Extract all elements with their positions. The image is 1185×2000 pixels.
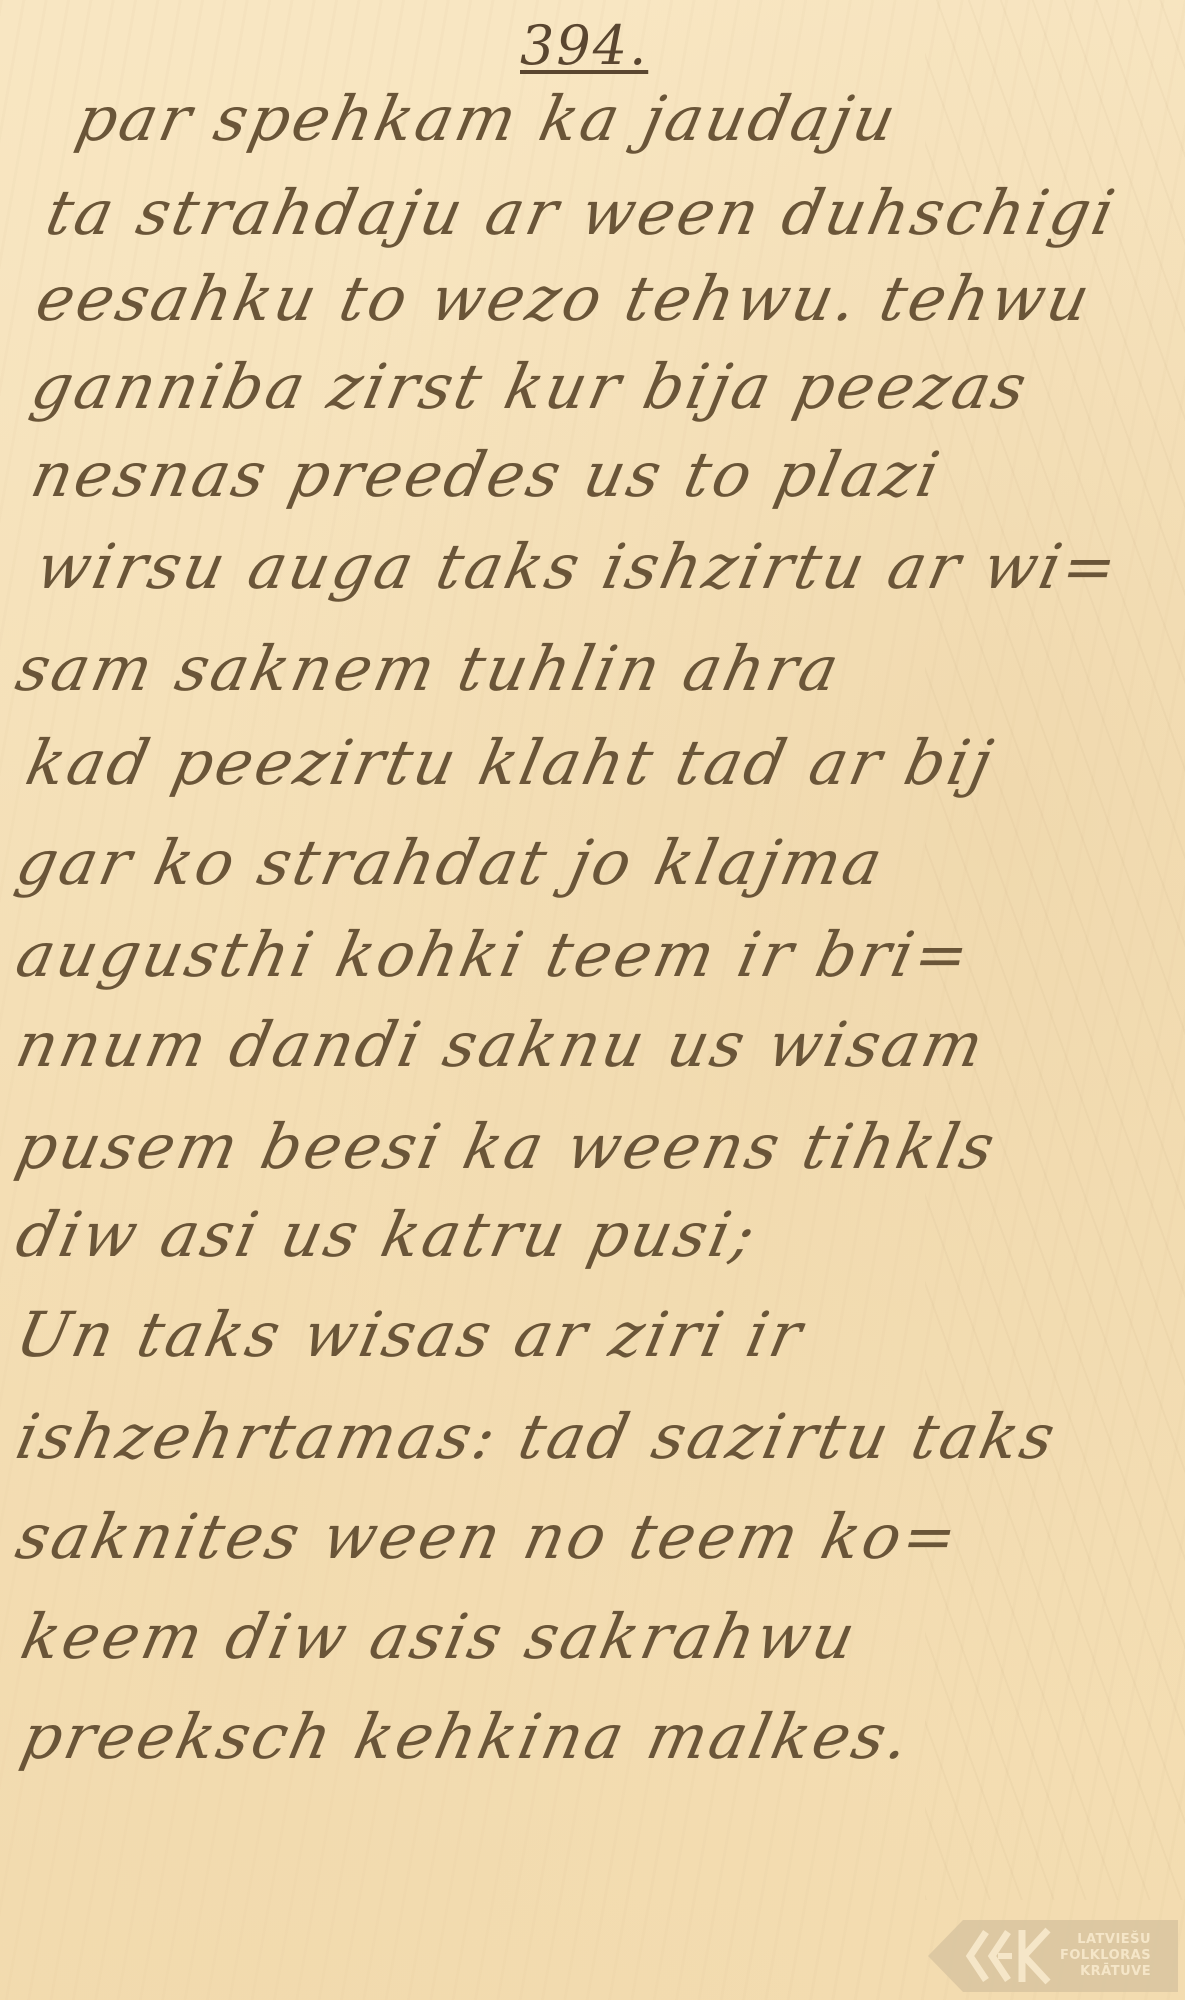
text-line: nesnas preedes us to plazi xyxy=(25,438,948,511)
manuscript-page: 394. par spehkam ka jaudaju ta strahdaju… xyxy=(0,0,1185,2000)
text-line: kad peezirtu klaht tad ar bij xyxy=(20,726,1001,799)
text-line: diw asi us katru pusi; xyxy=(10,1198,764,1271)
text-line: pusem beesi ka weens tihkls xyxy=(10,1110,1004,1183)
text-line: ishzehrtamas: tad sazirtu taks xyxy=(10,1400,1064,1473)
text-line: gar ko strahdat jo klajma xyxy=(10,826,891,899)
text-line: Un taks wisas ar ziri ir xyxy=(10,1298,811,1371)
text-line: sam saknem tuhlin ahra xyxy=(10,632,848,705)
watermark-line-1: LATVIEŠU xyxy=(1060,1932,1151,1948)
watermark-text: LATVIEŠU FOLKLORAS KRĀTUVE xyxy=(1060,1932,1151,1980)
archive-watermark: LATVIEŠU FOLKLORAS KRĀTUVE xyxy=(928,1920,1178,1992)
text-line: wirsu auga taks ishzirtu ar wi= xyxy=(30,530,1126,603)
lfk-logo-icon xyxy=(964,1926,1054,1986)
text-line: saknites ween no teem ko= xyxy=(10,1500,966,1573)
text-line: nnum dandi saknu us wisam xyxy=(10,1008,992,1081)
text-line: augusthi kohki teem ir bri= xyxy=(10,918,978,991)
page-number: 394. xyxy=(520,14,648,77)
text-line: par spehkam ka jaudaju xyxy=(70,82,905,155)
text-line: eesahku to wezo tehwu. tehwu xyxy=(30,262,1099,335)
text-line: ta strahdaju ar ween duhschigi xyxy=(40,176,1124,249)
text-line: keem diw asis sakrahwu xyxy=(15,1600,864,1673)
watermark-line-2: FOLKLORAS xyxy=(1060,1948,1151,1964)
text-line: preeksch kehkina malkes. xyxy=(15,1700,919,1773)
text-line: ganniba zirst kur bija peezas xyxy=(25,350,1036,423)
watermark-line-3: KRĀTUVE xyxy=(1060,1964,1151,1980)
